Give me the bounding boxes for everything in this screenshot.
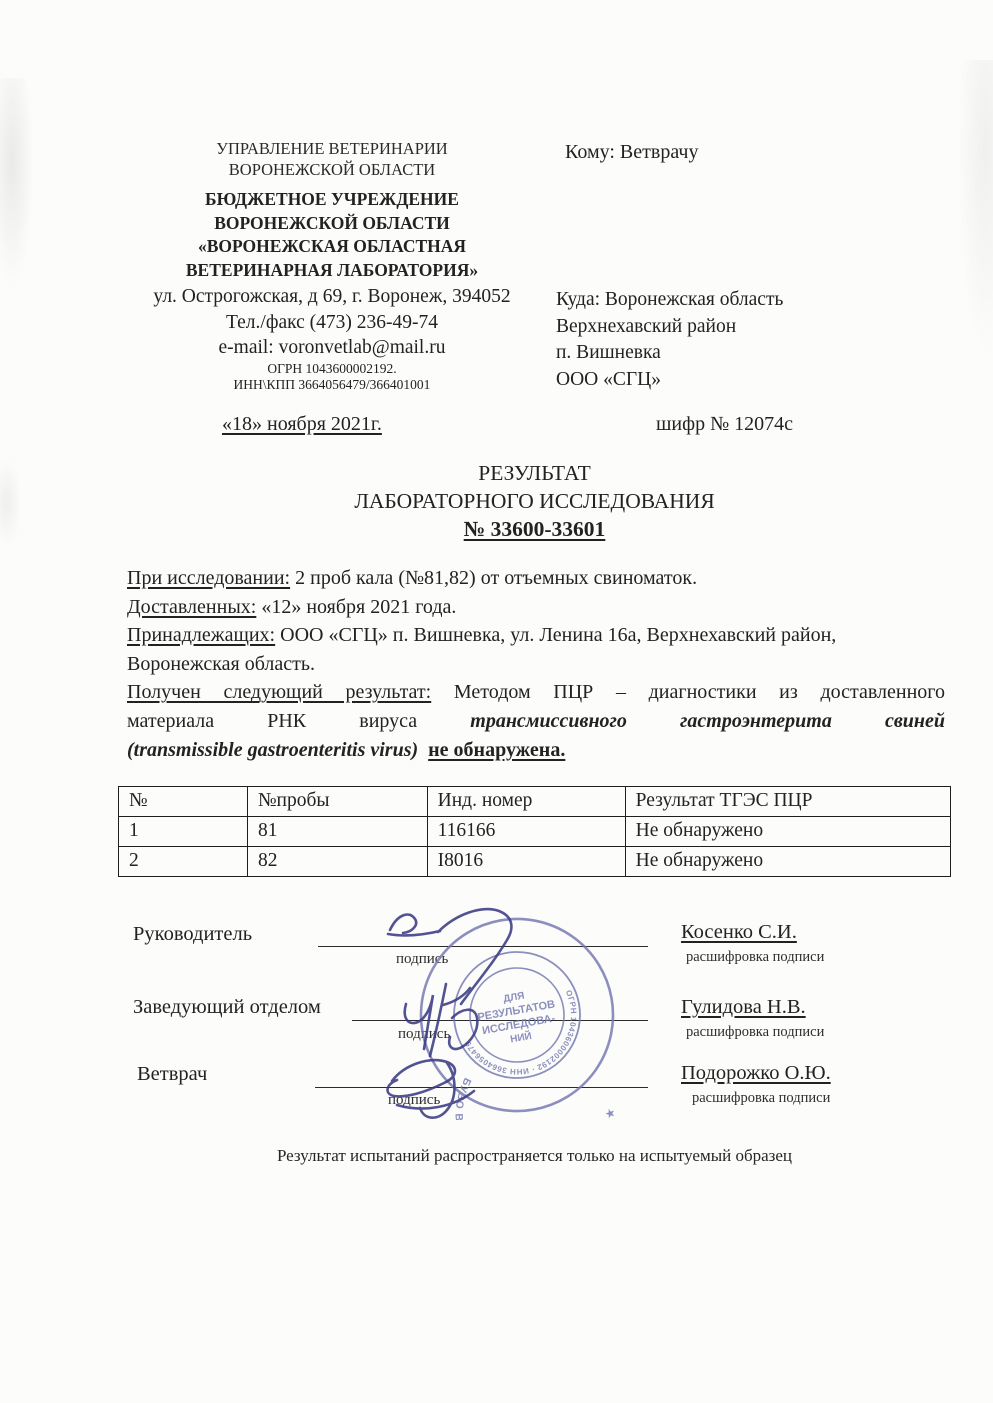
sig-name-vet: Подорожко О.Ю.: [681, 1062, 831, 1085]
sig-name-head: Гулидова Н.В.: [681, 996, 806, 1019]
scan-smudge-left-top: [0, 78, 34, 288]
sig-role-vet: Ветврач: [137, 1063, 207, 1086]
table-row: 1 81 116166 Не обнаружено: [119, 817, 951, 847]
sender-address: ул. Острогожская, д 69, г. Воронеж, 3940…: [112, 284, 552, 310]
signature-head-ink: [449, 1010, 477, 1049]
org-line2: ВОРОНЕЖСКОЙ ОБЛАСТИ: [112, 212, 552, 236]
paragraph-result-line1: Получен следующий результат: Методом ПЦР…: [127, 678, 945, 707]
scan-smudge-left-mid: [0, 458, 22, 548]
sig-name-director: Косенко С.И.: [681, 921, 797, 944]
sender-email: e-mail: voronvetlab@mail.ru: [112, 335, 552, 361]
table-header-row: № №пробы Инд. номер Результат ТГЭС ПЦР: [119, 787, 951, 817]
org-line1: БЮДЖЕТНОЕ УЧРЕЖДЕНИЕ: [112, 188, 552, 212]
sig-role-head: Заведующий отделом: [133, 996, 321, 1019]
header-result: Результат ТГЭС ПЦР: [625, 787, 950, 817]
results-table: № №пробы Инд. номер Результат ТГЭС ПЦР 1…: [118, 786, 951, 877]
cipher-number: шифр № 12074с: [656, 413, 793, 436]
header-number: №: [119, 787, 248, 817]
table-row: 2 82 I8016 Не обнаружено: [119, 847, 951, 877]
title-number: № 33600-33601: [118, 515, 951, 543]
cell-ind-number: I8016: [427, 847, 625, 877]
sender-phone: Тел./факс (473) 236-49-74: [112, 310, 552, 336]
footer-note: Результат испытаний распространяется тол…: [118, 1146, 951, 1166]
cell-ind-number: 116166: [427, 817, 625, 847]
sig-decode-director: расшифровка подписи: [686, 949, 824, 966]
text-result-seg1: Методом ПЦР – диагностики из доставленно…: [454, 681, 945, 703]
text-examined: 2 проб кала (№81,82) от отъемных свинома…: [290, 567, 697, 589]
title-line2: ЛАБОРАТОРНОГО ИССЛЕДОВАНИЯ: [118, 487, 951, 515]
label-owner: Принадлежащих:: [127, 624, 275, 646]
label-result: Получен следующий результат:: [127, 681, 431, 703]
signature-director-ink: [390, 915, 416, 933]
text-delivered: «12» ноября 2021 года.: [256, 596, 456, 618]
scan-smudge-right-top: [957, 60, 993, 360]
recipient-line4: ООО «СГЦ»: [556, 367, 783, 394]
recipient-line2: Верхнехавский район: [556, 314, 783, 341]
label-delivered: Доставленных:: [127, 596, 256, 618]
text-result-seg2a: материала РНК вируса: [127, 710, 417, 732]
sender-organization: БЮДЖЕТНОЕ УЧРЕЖДЕНИЕ ВОРОНЕЖСКОЙ ОБЛАСТИ…: [112, 188, 552, 282]
report-body: При исследовании: 2 проб кала (№81,82) о…: [127, 564, 945, 764]
handwritten-signatures: [300, 890, 680, 1150]
header-ind-number: Инд. номер: [427, 787, 625, 817]
paragraph-result-line3: (transmissible gastroenteritis virus) не…: [127, 736, 945, 765]
sender-contacts: ул. Острогожская, д 69, г. Воронеж, 3940…: [112, 284, 552, 394]
cell-result: Не обнаружено: [625, 847, 950, 877]
sig-decode-vet: расшифровка подписи: [692, 1090, 830, 1107]
authority-line2: ВОРОНЕЖСКОЙ ОБЛАСТИ: [112, 159, 552, 180]
signature-director-ink: [388, 931, 440, 935]
paragraph-result-line2: материала РНК вируса трансмиссивного гас…: [127, 707, 945, 736]
paragraph-owner: Принадлежащих: ООО «СГЦ» п. Вишневка, ул…: [127, 621, 945, 678]
paragraph-delivered: Доставленных: «12» ноября 2021 года.: [127, 593, 945, 622]
text-result-virus-en: (transmissible gastroenteritis virus): [127, 739, 418, 761]
signature-head-ink: [405, 995, 433, 1049]
org-line4: ВЕТЕРИНАРНАЯ ЛАБОРАТОРИЯ»: [112, 259, 552, 283]
signature-vet-ink: [397, 1091, 474, 1109]
org-line3: «ВОРОНЕЖСКАЯ ОБЛАСТНАЯ: [112, 235, 552, 259]
header-sample: №пробы: [247, 787, 427, 817]
text-result-verdict: не обнаружена.: [428, 739, 565, 761]
document-date: «18» ноября 2021г.: [222, 413, 382, 436]
sender-ogrn: ОГРН 1043600002192.: [112, 361, 552, 378]
cell-sample: 82: [247, 847, 427, 877]
sender-inn: ИНН\КПП 3664056479/366401001: [112, 377, 552, 394]
recipient-line3: п. Вишневка: [556, 340, 783, 367]
recipient-line1: Куда: Воронежская область: [556, 287, 783, 314]
cell-number: 2: [119, 847, 248, 877]
document-title: РЕЗУЛЬТАТ ЛАБОРАТОРНОГО ИССЛЕДОВАНИЯ № 3…: [118, 459, 951, 543]
signature-director-ink: [438, 909, 511, 1004]
title-line1: РЕЗУЛЬТАТ: [118, 459, 951, 487]
recipient-address: Куда: Воронежская область Верхнехавский …: [556, 287, 783, 393]
cell-number: 1: [119, 817, 248, 847]
label-examined: При исследовании:: [127, 567, 290, 589]
cell-sample: 81: [247, 817, 427, 847]
signature-head-ink: [430, 984, 446, 1056]
sig-role-director: Руководитель: [133, 923, 252, 946]
recipient-to: Кому: Ветврачу: [565, 141, 698, 164]
paragraph-examined: При исследовании: 2 проб кала (№81,82) о…: [127, 564, 945, 593]
signature-vet-ink: [388, 1060, 455, 1096]
sender-authority: УПРАВЛЕНИЕ ВЕТЕРИНАРИИ ВОРОНЕЖСКОЙ ОБЛАС…: [112, 138, 552, 180]
sig-decode-head: расшифровка подписи: [686, 1024, 824, 1041]
scanned-lab-report-page: { "colors": { "stamp": "#7478b0", "ink":…: [0, 0, 993, 1403]
cell-result: Не обнаружено: [625, 817, 950, 847]
text-result-virus-ru: трансмиссивного гастроэнтерита свиней: [470, 710, 945, 732]
authority-line1: УПРАВЛЕНИЕ ВЕТЕРИНАРИИ: [112, 138, 552, 159]
